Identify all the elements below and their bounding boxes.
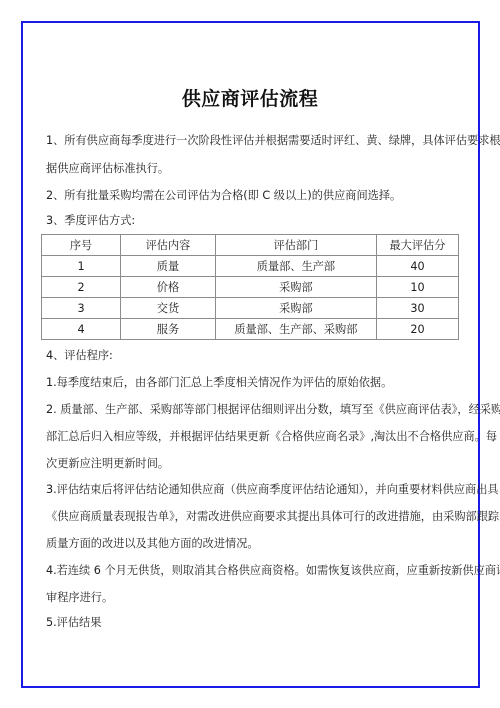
cell-max-score: 40 [376, 256, 458, 277]
step-5: 5.评估结果 [46, 609, 466, 636]
paragraph-4-heading: 4、评估程序: [46, 342, 466, 369]
header-index: 序号 [42, 235, 121, 256]
paragraph-2: 2、所有批量采购均需在公司评估为合格(即 C 级以上)的供应商间选择。 [46, 182, 466, 209]
cell-department: 采购部 [215, 298, 376, 319]
cell-department: 质量部、生产部、采购部 [215, 319, 376, 340]
cell-max-score: 30 [376, 298, 458, 319]
table-row: 2 价格 采购部 10 [42, 277, 459, 298]
header-max-score: 最大评估分 [376, 235, 458, 256]
step-1: 1.每季度结束后，由各部门汇总上季度相关情况作为评估的原始依据。 [46, 369, 466, 396]
cell-content: 服务 [121, 319, 216, 340]
table-header-row: 序号 评估内容 评估部门 最大评估分 [42, 235, 459, 256]
evaluation-table: 序号 评估内容 评估部门 最大评估分 1 质量 质量部、生产部 40 2 价格 … [41, 234, 459, 340]
paragraph-1-line-2: 据供应商评估标准执行。 [46, 155, 466, 182]
step-4-line-2: 审程序进行。 [46, 584, 466, 611]
step-3-line-2: 《供应商质量表现报告单》，对需改进供应商要求其提出具体可行的改进措施，由采购部跟… [46, 503, 466, 530]
step-4-line-1: 4.若连续 6 个月无供货，则取消其合格供应商资格。如需恢复该供应商，应重新按新… [46, 557, 466, 584]
cell-max-score: 10 [376, 277, 458, 298]
cell-content: 质量 [121, 256, 216, 277]
header-department: 评估部门 [215, 235, 376, 256]
cell-index: 2 [42, 277, 121, 298]
step-3-line-1: 3.评估结束后将评估结论通知供应商（供应商季度评估结论通知），并向重要材料供应商… [46, 476, 466, 503]
paragraph-3-heading: 3、季度评估方式: [46, 207, 466, 234]
step-2-line-3: 次更新应注明更新时间。 [46, 450, 466, 477]
cell-department: 采购部 [215, 277, 376, 298]
table-row: 4 服务 质量部、生产部、采购部 20 [42, 319, 459, 340]
cell-index: 1 [42, 256, 121, 277]
cell-content: 交货 [121, 298, 216, 319]
cell-index: 3 [42, 298, 121, 319]
cell-department: 质量部、生产部 [215, 256, 376, 277]
cell-content: 价格 [121, 277, 216, 298]
step-2-line-2: 部汇总后归入相应等级，并根据评估结果更新《合格供应商名录》,淘汰出不合格供应商。… [46, 423, 466, 450]
step-3-line-3: 质量方面的改进以及其他方面的改进情况。 [46, 530, 466, 557]
paragraph-1-line-1: 1、所有供应商每季度进行一次阶段性评估并根据需要适时评红、黄、绿牌，具体评估要求… [46, 127, 466, 154]
document-title: 供应商评估流程 [0, 84, 500, 111]
header-content: 评估内容 [121, 235, 216, 256]
cell-index: 4 [42, 319, 121, 340]
table-row: 1 质量 质量部、生产部 40 [42, 256, 459, 277]
cell-max-score: 20 [376, 319, 458, 340]
step-2-line-1: 2. 质量部、生产部、采购部等部门根据评估细则评出分数，填写至《供应商评估表》，… [46, 396, 466, 423]
table-row: 3 交货 采购部 30 [42, 298, 459, 319]
